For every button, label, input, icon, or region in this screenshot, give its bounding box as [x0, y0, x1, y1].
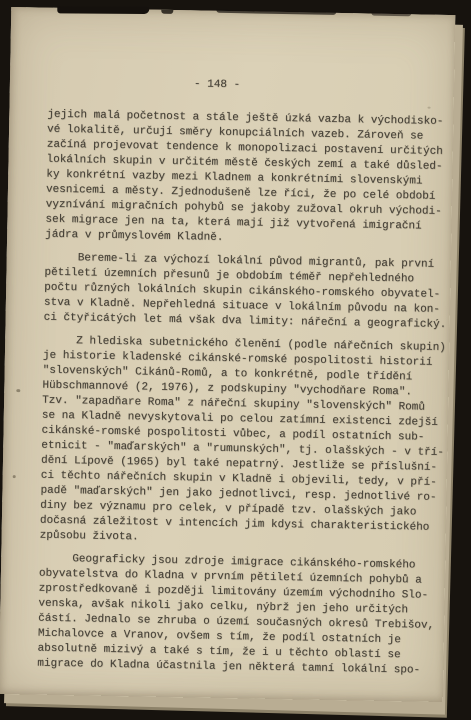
paragraph: jejich malá početnost a stále ještě úzká… [45, 108, 449, 250]
scan-background: { "document": { "page_number": "- 148 -"… [0, 0, 471, 720]
paragraph: Geograficky jsou zdroje imigrace cikánsk… [37, 552, 441, 679]
page-number: - 148 - [194, 77, 450, 97]
paragraph: Z hlediska subetnického členění (podle n… [40, 334, 446, 551]
scanned-page: - 148 - jejich malá početnost a stále je… [0, 7, 455, 702]
page-body: jejich malá početnost a stále ještě úzká… [37, 108, 449, 679]
page-content: - 148 - jejich malá početnost a stále je… [0, 7, 455, 679]
paragraph: Bereme-li za výchozí lokální původ migra… [43, 251, 446, 333]
